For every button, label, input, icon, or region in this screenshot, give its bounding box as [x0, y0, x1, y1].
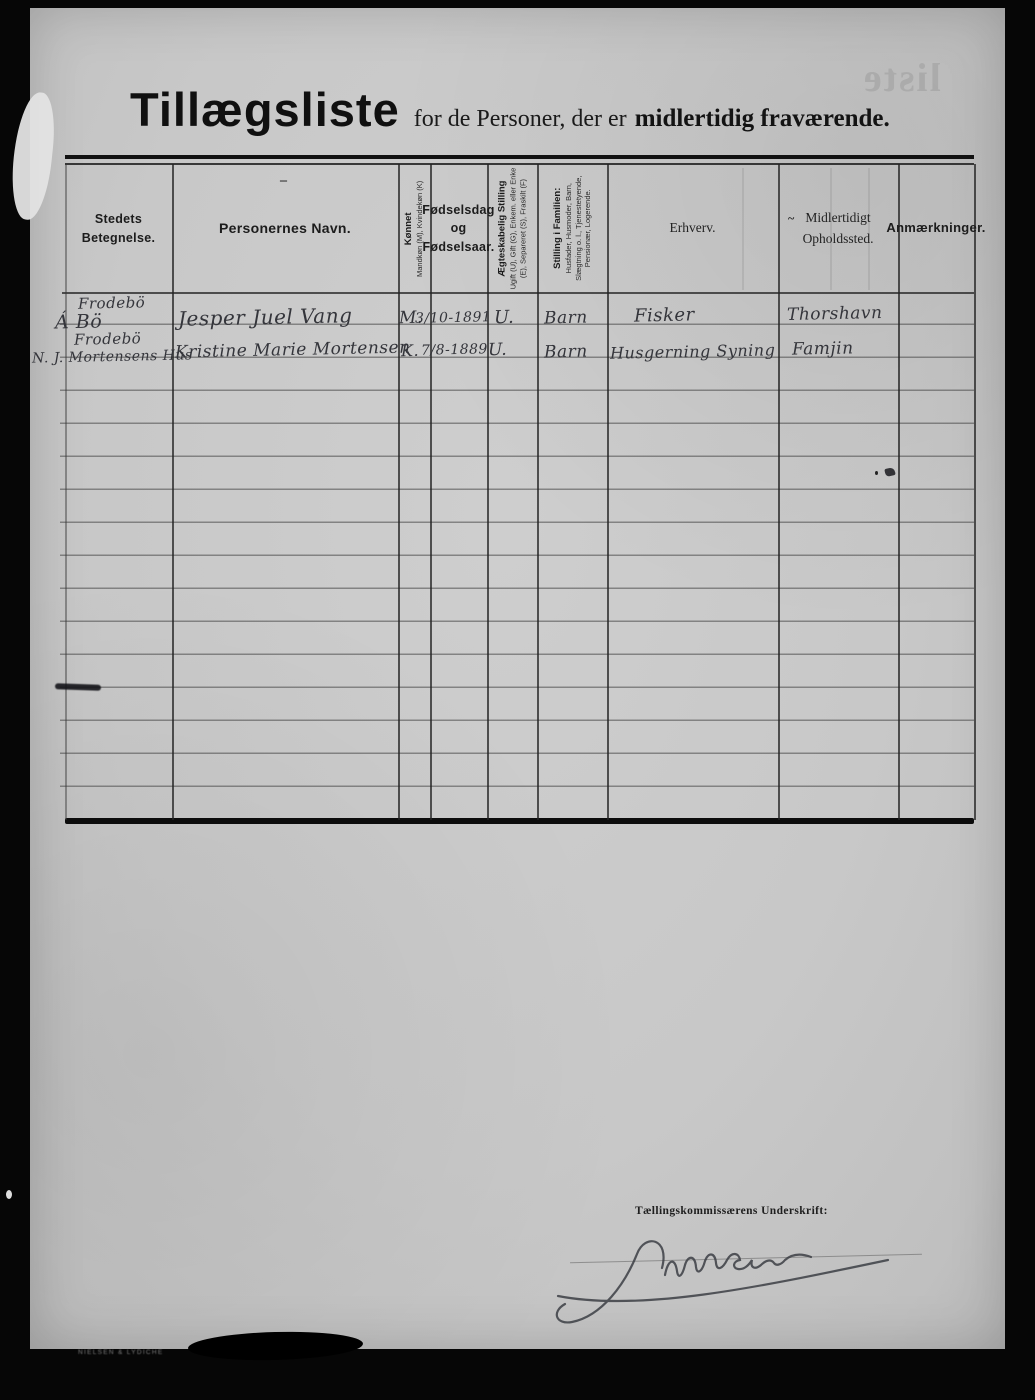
row2-place-top: Frodebö: [74, 329, 142, 348]
row2-birth: 7/8-1889: [421, 341, 488, 358]
row2-whereabouts: Famjin: [792, 338, 854, 359]
row2-sex: K.: [401, 341, 419, 360]
row1-name: Jesper Juel Vang: [178, 303, 353, 331]
paper-sheet: liste Tillægsliste for de Personer, der …: [30, 8, 1005, 1349]
signature-label: Tællingskommissærens Underskrift:: [635, 1205, 828, 1217]
row1-family: Barn: [544, 308, 588, 329]
row2-family: Barn: [544, 342, 588, 363]
col-header-occupation: Erhverv.: [607, 165, 778, 292]
col-header-marital-sub: Ugift (U), Gift (G), Enkem. eller Enke (…: [509, 168, 528, 290]
col-header-marital-main: Ægteskabelig Stilling: [496, 168, 508, 290]
title-main: Tillægsliste: [130, 82, 400, 137]
col-header-family: Stilling i Familien: Husfader, Husmoder,…: [537, 165, 607, 292]
col-header-family-main: Stilling i Familien:: [552, 168, 564, 290]
row2-occupation: Husgerning Syning: [610, 340, 776, 362]
page-title: Tillægsliste for de Personer, der er mid…: [130, 82, 890, 137]
col-header-birth: Fødselsdag og Fødselsaar.: [430, 165, 487, 292]
table-row-ruling: [60, 292, 974, 790]
row1-occupation: Fisker: [634, 304, 695, 326]
col-header-remarks: Anmærkninger.: [898, 165, 974, 292]
printer-mark: NIELSEN & LYDICHE: [78, 1349, 164, 1356]
col-header-place: Stedets Betegnelse.: [65, 165, 172, 292]
table-vline-right-border: [974, 164, 976, 820]
row2-marital: U.: [488, 340, 508, 360]
title-connector: for de Personer, der er: [414, 106, 627, 133]
scanned-census-page: liste Tillægsliste for de Personer, der …: [0, 0, 1035, 1400]
row2-place: N. J. Mortensens Hus: [32, 347, 193, 366]
signature-handwriting: [550, 1230, 895, 1325]
col-header-family-sub: Husfader, Husmoder, Barn, Slægtning o. l…: [564, 168, 592, 290]
row1-birth: 3/10-1891: [415, 309, 492, 327]
title-emphasis: midlertidig fraværende.: [635, 105, 890, 133]
dust-speck: [6, 1190, 12, 1199]
table-bottom-rule: [65, 818, 974, 824]
row1-whereabouts: Thorshavn: [787, 303, 883, 325]
col-header-sex-main: Kønnet: [403, 168, 415, 290]
col-header-marital: Ægteskabelig Stilling Ugift (U), Gift (G…: [487, 165, 537, 292]
col-header-whereabouts: Midlertidigt Opholdssted.: [778, 165, 898, 292]
table-top-rule: [65, 155, 974, 159]
col-header-name: Personernes Navn.: [172, 165, 398, 292]
row1-marital: U.: [494, 307, 515, 328]
ink-dot: [875, 471, 878, 475]
